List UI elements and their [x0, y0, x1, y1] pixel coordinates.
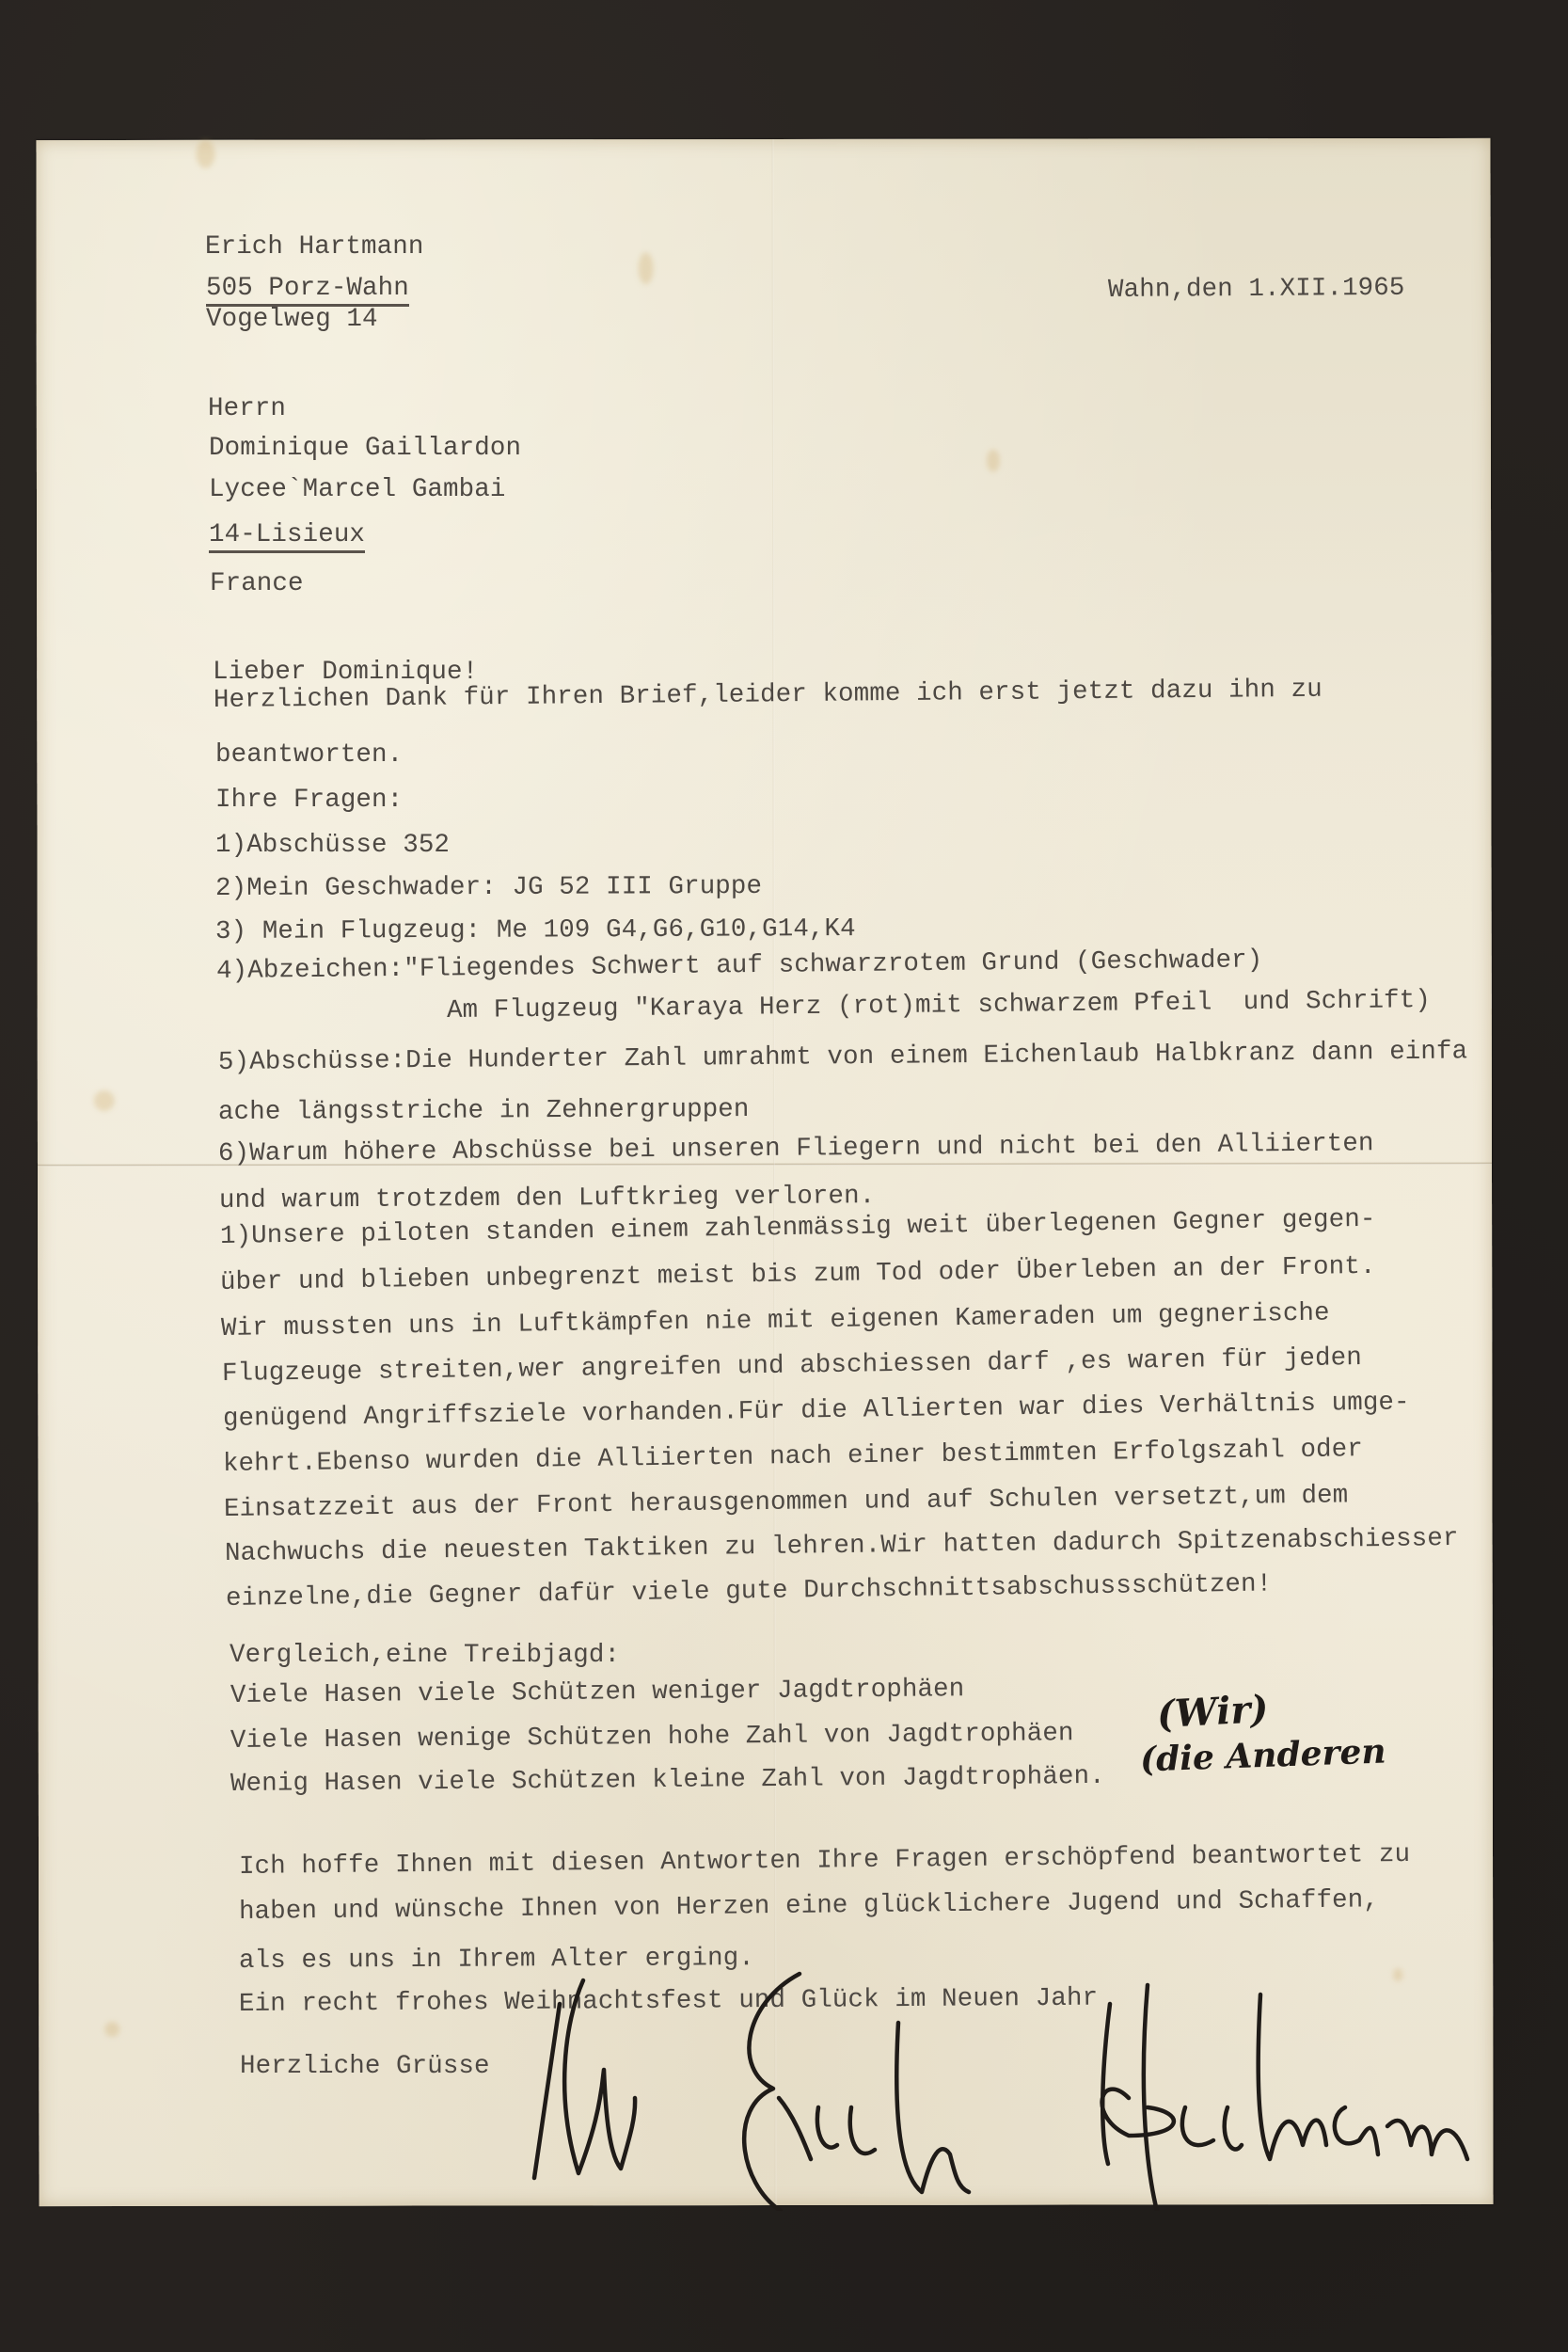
recipient-salutation: Herrn: [208, 395, 286, 423]
recipient-name: Dominique Gaillardon: [209, 435, 521, 463]
sender-city: 505 Porz-Wahn: [206, 275, 409, 303]
paper-stain: [104, 2022, 119, 2037]
paper-stain: [639, 252, 654, 284]
answer-line: ache längsstriche in Zehnergruppen: [218, 1096, 750, 1127]
paper-stain: [987, 450, 1000, 472]
answer-line: 3) Mein Flugzeug: Me 109 G4,G6,G10,G14,K…: [215, 915, 856, 946]
recipient-country: France: [210, 570, 304, 598]
recipient-city: 14-Lisieux: [209, 521, 365, 549]
handwritten-signature: [527, 1966, 1505, 2211]
intro-line: beantworten.: [215, 741, 403, 770]
answer-line: 2)Mein Geschwader: JG 52 III Gruppe: [215, 873, 762, 903]
questions-heading: Ihre Fragen:: [215, 787, 403, 815]
letter-date: Wahn,den 1.XII.1965: [1108, 275, 1405, 305]
comparison-heading: Vergleich,eine Treibjagd:: [230, 1642, 620, 1670]
handwritten-note-wir: (Wir): [1156, 1687, 1270, 1737]
recipient-school: Lycee`Marcel Gambai: [209, 476, 505, 504]
sender-name: Erich Hartmann: [205, 233, 423, 262]
paper-stain: [94, 1090, 115, 1111]
sender-street: Vogelweg 14: [206, 306, 378, 334]
paper-stain: [196, 140, 214, 168]
greeting: Lieber Dominique!: [213, 659, 478, 687]
sender-city-text: 505 Porz-Wahn: [206, 274, 409, 307]
regards: Herzliche Grüsse: [240, 2053, 490, 2081]
answer-line: und warum trotzdem den Luftkrieg verlore…: [219, 1183, 876, 1216]
recipient-city-text: 14-Lisieux: [209, 520, 365, 553]
answer-line: 1)Abschüsse 352: [215, 832, 450, 860]
